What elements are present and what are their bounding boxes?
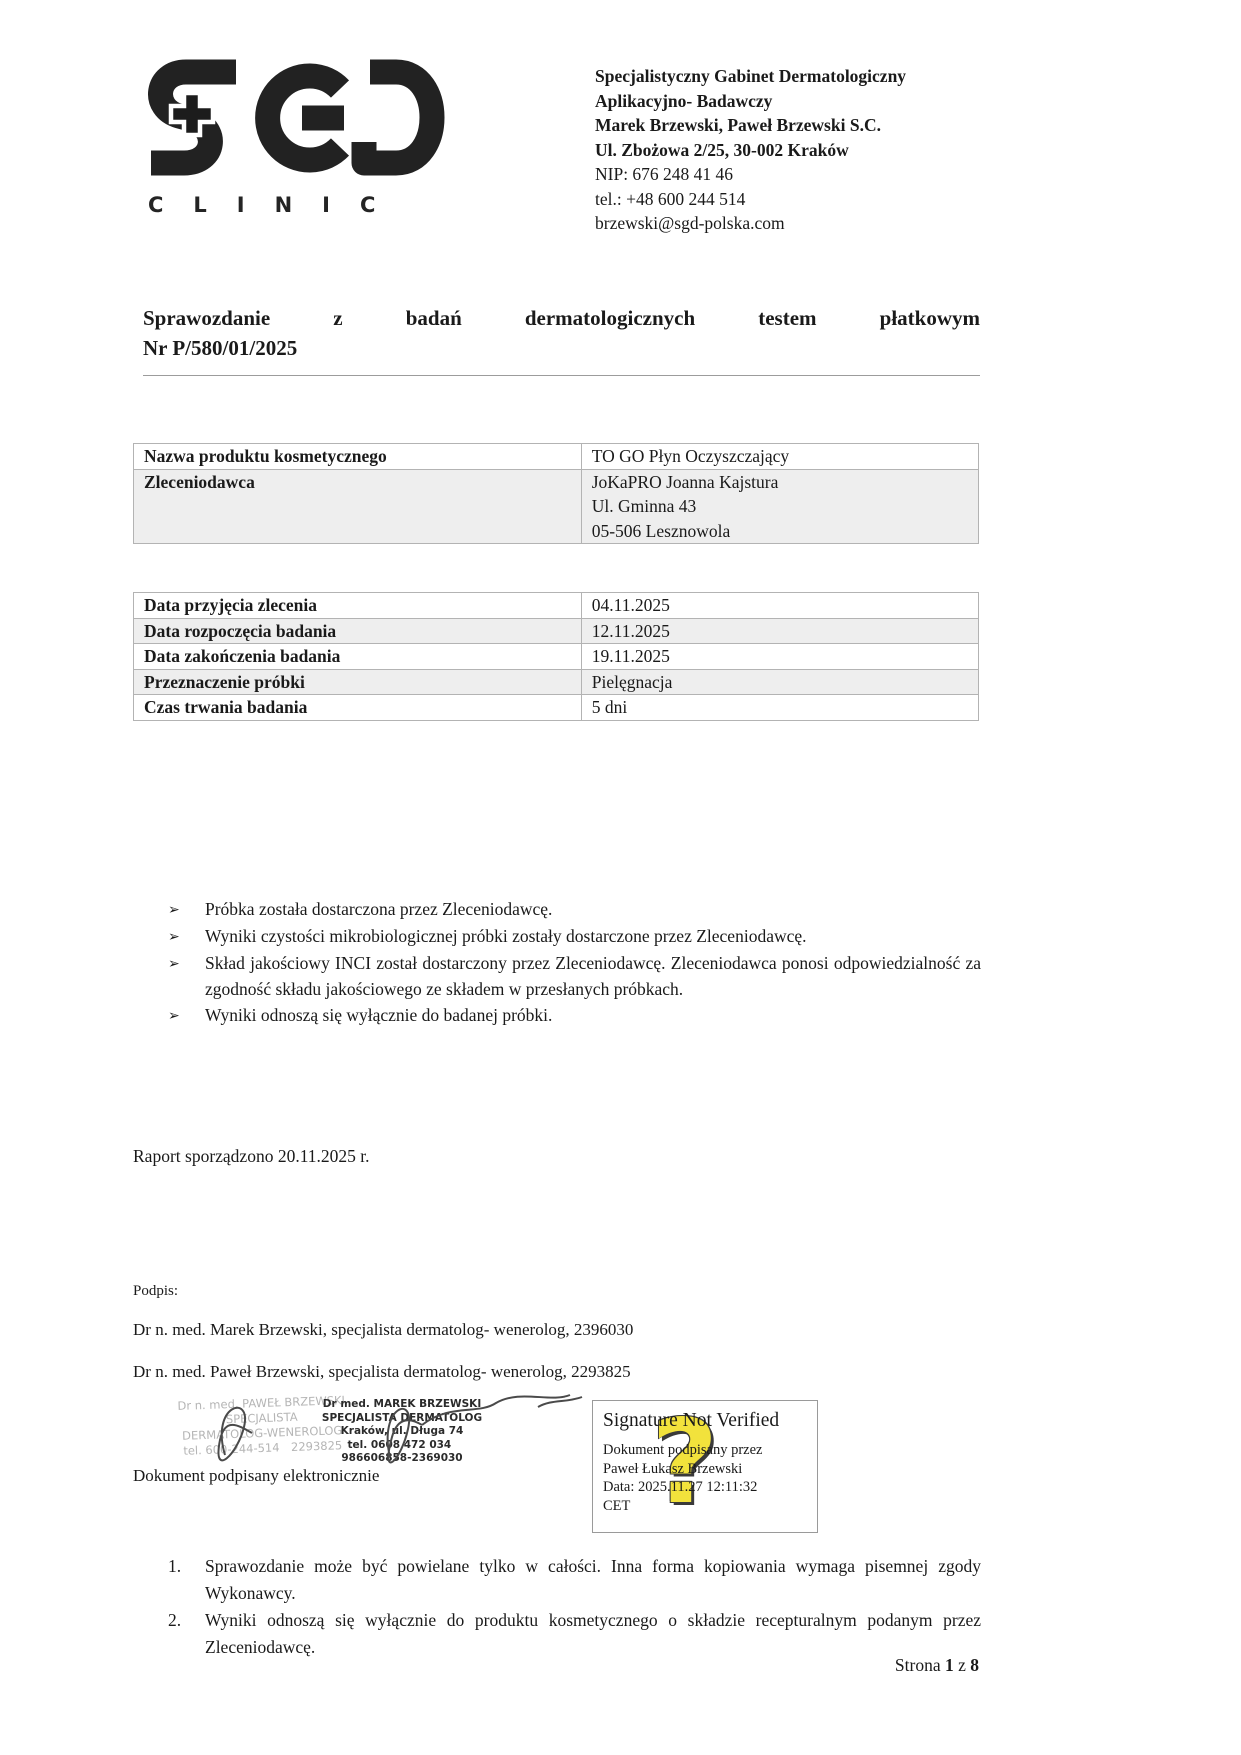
list-item: 1. Sprawozdanie może być powielane tylko…	[168, 1553, 981, 1607]
stamp-line: SPECJALISTA DERMATOLOG	[314, 1412, 490, 1426]
date-received-value: 04.11.2025	[581, 593, 978, 619]
date-start-value: 12.11.2025	[581, 618, 978, 644]
footer-total-pages: 8	[970, 1655, 979, 1675]
numbered-notes: 1. Sprawozdanie może być powielane tylko…	[168, 1553, 981, 1661]
doctor-line-marek: Dr n. med. Marek Brzewski, specjalista d…	[133, 1320, 633, 1340]
stamp-line: tel. 0608 472 034 986606858-2369030	[314, 1439, 490, 1466]
client-name: JoKaPRO Joanna Kajstura	[592, 470, 968, 495]
footer-prefix: Strona	[895, 1655, 945, 1675]
dates-table: Data przyjęcia zlecenia 04.11.2025 Data …	[133, 592, 979, 721]
verify-box-content: Signature Not Verified Dokument podpisan…	[593, 1401, 817, 1515]
stamp-line: Kraków, ul. Długa 74	[314, 1425, 490, 1439]
list-item: ➢ Próbka została dostarczona przez Zlece…	[168, 896, 981, 923]
table-row: Data rozpoczęcia badania 12.11.2025	[134, 618, 979, 644]
footer-separator: z	[954, 1655, 971, 1675]
client-value: JoKaPRO Joanna Kajstura Ul. Gminna 43 05…	[581, 469, 978, 544]
duration-label: Czas trwania badania	[134, 695, 582, 721]
doctor-line-pawel: Dr n. med. Paweł Brzewski, specjalista d…	[133, 1362, 631, 1382]
list-item: ➢ Skład jakościowy INCI został dostarczo…	[168, 950, 981, 1002]
note-number: 1.	[168, 1553, 205, 1607]
letterhead-line: Specjalistyczny Gabinet Dermatologiczny	[595, 64, 1025, 89]
product-name-value: TO GO Płyn Oczyszczający	[581, 444, 978, 470]
letterhead-phone: tel.: +48 600 244 514	[595, 187, 1025, 212]
verify-box-date: Data: 2025.11.27 12:11:32	[603, 1478, 807, 1497]
verify-box-timezone: CET	[603, 1497, 807, 1516]
report-date-line: Raport sporządzono 20.11.2025 r.	[133, 1146, 370, 1167]
note-text: Wyniki odnoszą się wyłącznie do produktu…	[205, 1607, 981, 1661]
document-title-line1: Sprawozdanie z badań dermatologicznych t…	[143, 303, 980, 333]
table-row: Data zakończenia badania 19.11.2025	[134, 644, 979, 670]
verify-box-line: Dokument podpisany przez	[603, 1441, 807, 1460]
note-text: Sprawozdanie może być powielane tylko w …	[205, 1553, 981, 1607]
table-row: Nazwa produktu kosmetycznego TO GO Płyn …	[134, 444, 979, 470]
letterhead-line: Marek Brzewski, Paweł Brzewski S.C.	[595, 113, 1025, 138]
verify-box-signer: Paweł Łukasz Brzewski	[603, 1460, 807, 1479]
logo-clinic-text: CLINIC	[148, 193, 458, 217]
duration-value: 5 dni	[581, 695, 978, 721]
page-footer: Strona 1 z 8	[133, 1655, 979, 1676]
letterhead: Specjalistyczny Gabinet Dermatologiczny …	[595, 64, 1025, 236]
signature-verify-box: ? Signature Not Verified Dokument podpis…	[592, 1400, 818, 1533]
date-received-label: Data przyjęcia zlecenia	[134, 593, 582, 619]
product-table: Nazwa produktu kosmetycznego TO GO Płyn …	[133, 443, 979, 544]
sample-purpose-label: Przeznaczenie próbki	[134, 669, 582, 695]
arrow-bullet-icon: ➢	[168, 950, 205, 1002]
table-row: Czas trwania badania 5 dni	[134, 695, 979, 721]
date-start-label: Data rozpoczęcia badania	[134, 618, 582, 644]
note-number: 2.	[168, 1607, 205, 1661]
bullet-list: ➢ Próbka została dostarczona przez Zlece…	[168, 896, 981, 1029]
list-item: ➢ Wyniki czystości mikrobiologicznej pró…	[168, 923, 981, 950]
table-row: Data przyjęcia zlecenia 04.11.2025	[134, 593, 979, 619]
letterhead-line: Aplikacyjno- Badawczy	[595, 89, 1025, 114]
letterhead-nip: NIP: 676 248 41 46	[595, 162, 1025, 187]
document-title: Sprawozdanie z badań dermatologicznych t…	[143, 303, 980, 376]
date-end-label: Data zakończenia badania	[134, 644, 582, 670]
electronic-signature-note: Dokument podpisany elektronicznie	[133, 1466, 379, 1486]
signature-label: Podpis:	[133, 1283, 178, 1300]
stamp-marek-brzewski: Dr med. MAREK BRZEWSKI SPECJALISTA DERMA…	[314, 1398, 490, 1466]
bullet-text: Próbka została dostarczona przez Zleceni…	[205, 896, 981, 923]
list-item: ➢ Wyniki odnoszą się wyłącznie do badane…	[168, 1002, 981, 1029]
stamp-line: Dr med. MAREK BRZEWSKI	[314, 1398, 490, 1412]
verify-box-title: Signature Not Verified	[603, 1410, 807, 1432]
bullet-text: Skład jakościowy INCI został dostarczony…	[205, 950, 981, 1002]
sgd-logo-graphic	[138, 56, 458, 180]
product-name-label: Nazwa produktu kosmetycznego	[134, 444, 582, 470]
arrow-bullet-icon: ➢	[168, 896, 205, 923]
list-item: 2. Wyniki odnoszą się wyłącznie do produ…	[168, 1607, 981, 1661]
footer-page-number: 1	[945, 1655, 954, 1675]
table-row: Przeznaczenie próbki Pielęgnacja	[134, 669, 979, 695]
table-row: Zleceniodawca JoKaPRO Joanna Kajstura Ul…	[134, 469, 979, 544]
document-title-line2: Nr P/580/01/2025	[143, 333, 980, 363]
arrow-bullet-icon: ➢	[168, 1002, 205, 1029]
client-city: 05-506 Lesznowola	[592, 519, 968, 544]
client-street: Ul. Gminna 43	[592, 494, 968, 519]
letterhead-line: Ul. Zbożowa 2/25, 30-002 Kraków	[595, 138, 1025, 163]
client-label: Zleceniodawca	[134, 469, 582, 544]
sample-purpose-value: Pielęgnacja	[581, 669, 978, 695]
letterhead-email: brzewski@sgd-polska.com	[595, 211, 1025, 236]
clinic-logo: CLINIC	[138, 56, 458, 217]
logo-letter-d	[364, 72, 432, 163]
arrow-bullet-icon: ➢	[168, 923, 205, 950]
date-end-value: 19.11.2025	[581, 644, 978, 670]
bullet-text: Wyniki odnoszą się wyłącznie do badanej …	[205, 1002, 981, 1029]
bullet-text: Wyniki czystości mikrobiologicznej próbk…	[205, 923, 981, 950]
